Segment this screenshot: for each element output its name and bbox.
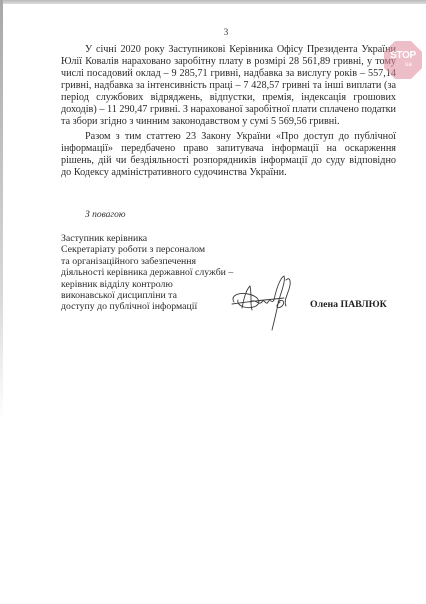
signature-icon xyxy=(228,272,300,332)
signer-title-line: виконавської дисципліни та xyxy=(61,290,241,301)
signer-title-line: керівник відділу контролю xyxy=(61,279,241,290)
stop-watermark-icon: STOP ua xyxy=(383,40,423,80)
paragraph-appeal-right: Разом з тим статтею 23 Закону України «П… xyxy=(61,131,396,179)
letter-body: У січні 2020 року Заступникові Керівника… xyxy=(61,44,396,179)
signer-name: Олена ПАВЛЮК xyxy=(310,299,387,310)
closing-phrase: З повагою xyxy=(85,210,126,220)
scan-top-edge xyxy=(0,0,426,4)
signer-title-line: Секретаріату роботи з персоналом xyxy=(61,244,241,255)
signer-title-line: доступу до публічної інформації xyxy=(61,301,241,312)
signer-title-line: Заступник керівника xyxy=(61,233,241,244)
signer-title-line: та організаційного забезпечення xyxy=(61,256,241,267)
scan-left-edge xyxy=(0,0,3,420)
watermark-text: STOP xyxy=(383,50,423,61)
page-number: 3 xyxy=(0,27,426,37)
paragraph-salary: У січні 2020 року Заступникові Керівника… xyxy=(61,44,396,128)
signer-title-line: діяльності керівника державної служби – xyxy=(61,267,241,278)
signer-title: Заступник керівника Секретаріату роботи … xyxy=(61,233,241,313)
watermark-sub: ua xyxy=(405,62,412,68)
